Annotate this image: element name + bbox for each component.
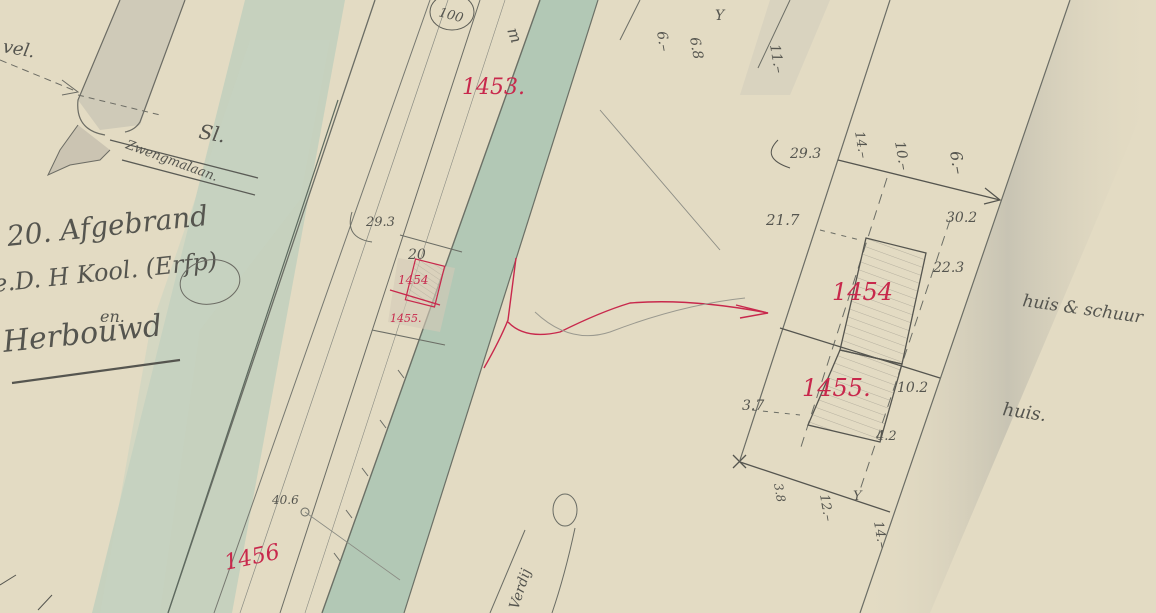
- measure-3-7: 3.7: [742, 398, 764, 414]
- parcel-1455-label: 1455.: [802, 374, 871, 402]
- measure-29-3: 29.3: [789, 146, 821, 162]
- small-parcel-1455-label: 1455.: [390, 312, 422, 325]
- parcel-1453-label: 1453.: [462, 75, 525, 100]
- small-40-label: 40.6: [271, 493, 299, 507]
- parcel-1454-label: 1454: [832, 278, 893, 306]
- small-29-3-label: 29.3: [365, 215, 395, 230]
- sl-mark: Sl.: [197, 119, 227, 147]
- measure-y: Y: [853, 489, 863, 504]
- measure-10-2: 10.2: [897, 380, 928, 396]
- measure-30-2: 30.2: [946, 210, 977, 226]
- small-parcel-1454-label: 1454: [398, 273, 429, 287]
- small-20-label: 20: [407, 247, 426, 263]
- map-canvas: vel. Zwengmalaan. Sl. 20. Afgebrand e.D.…: [0, 0, 1156, 613]
- measure-21-7: 21.7: [765, 211, 800, 229]
- measure-4-2: 4.2: [875, 429, 897, 444]
- measure-22-3: 22.3: [932, 260, 964, 276]
- measure-6: 6.–: [946, 149, 969, 175]
- cadastral-map: vel. Zwengmalaan. Sl. 20. Afgebrand e.D.…: [0, 0, 1156, 613]
